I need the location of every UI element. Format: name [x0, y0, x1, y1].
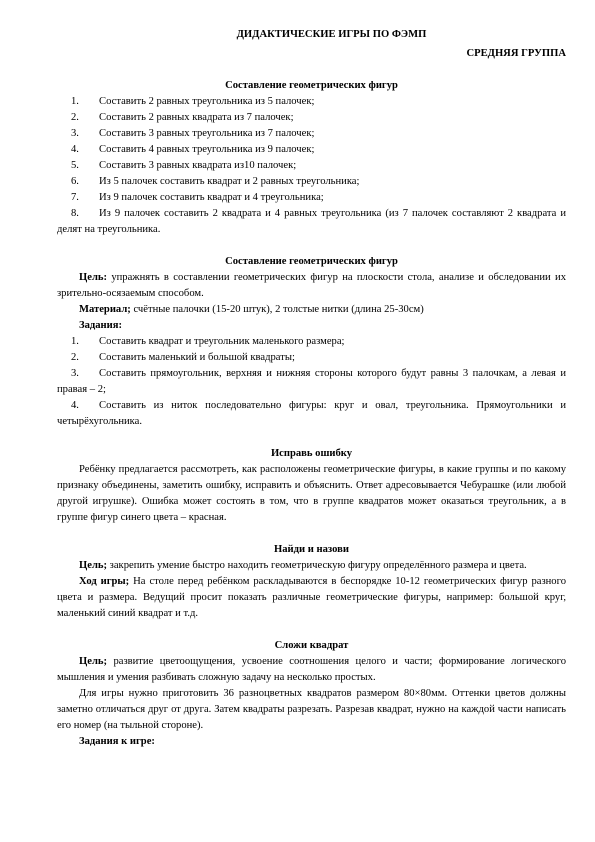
list-item: 7.Из 9 палочек составить квадрат и 4 тре…	[57, 190, 566, 206]
item-text: Составить маленький и большой квадраты;	[99, 352, 295, 363]
goal-text: закрепить умение быстро находить геометр…	[107, 560, 527, 571]
item-number: 2.	[64, 110, 99, 126]
list-item: 1.Составить 2 равных треугольника из 5 п…	[57, 94, 566, 110]
list-item: 6.Из 5 палочек составить квадрат и 2 рав…	[57, 174, 566, 190]
section-heading: Составление геометрических фигур	[57, 254, 566, 270]
item-text: Составить 3 равных треугольника из 7 пал…	[99, 128, 314, 139]
document-title: ДИДАКТИЧЕСКИЕ ИГРЫ ПО ФЭМП	[57, 27, 566, 43]
item-text: Составить 2 равных квадрата из 7 палочек…	[99, 112, 294, 123]
list-item: 2.Составить 2 равных квадрата из 7 палоч…	[57, 110, 566, 126]
description-paragraph: Ребёнку предлагается рассмотреть, как ра…	[57, 462, 566, 526]
group-label: СРЕДНЯЯ ГРУППА	[57, 46, 566, 62]
goal-label: Цель;	[79, 656, 107, 667]
goal-paragraph: Цель: упражнять в составлении геометриче…	[57, 270, 566, 302]
course-text: На столе перед ребёнком раскладываются в…	[57, 576, 566, 619]
item-number: 2.	[64, 350, 99, 366]
tasks-label: Задания к игре:	[57, 734, 566, 750]
goal-label: Цель;	[79, 560, 107, 571]
item-number: 3.	[64, 366, 99, 382]
list-item: 8.Из 9 палочек составить 2 квадрата и 4 …	[57, 206, 566, 238]
item-number: 1.	[64, 334, 99, 350]
goal-paragraph: Цель; развитие цветоощущения, усвоение с…	[57, 654, 566, 686]
item-number: 6.	[64, 174, 99, 190]
item-text: Составить 2 равных треугольника из 5 пал…	[99, 96, 314, 107]
item-number: 1.	[64, 94, 99, 110]
section-compose-figures-1: Составление геометрических фигур 1.Соста…	[57, 78, 566, 238]
list-item: 1.Составить квадрат и треугольник малень…	[57, 334, 566, 350]
item-number: 5.	[64, 158, 99, 174]
item-text: Составить квадрат и треугольник маленько…	[99, 336, 345, 347]
material-text: счётные палочки (15-20 штук), 2 толстые …	[131, 304, 424, 315]
section-heading: Исправь ошибку	[57, 446, 566, 462]
course-label: Ход игры;	[79, 576, 129, 587]
task-list: 1.Составить квадрат и треугольник малень…	[57, 334, 566, 430]
section-fix-mistake: Исправь ошибку Ребёнку предлагается расс…	[57, 446, 566, 526]
document-page: ДИДАКТИЧЕСКИЕ ИГРЫ ПО ФЭМП СРЕДНЯЯ ГРУПП…	[57, 27, 566, 750]
section-heading: Составление геометрических фигур	[57, 78, 566, 94]
prep-paragraph: Для игры нужно приготовить 36 разноцветн…	[57, 686, 566, 734]
task-list: 1.Составить 2 равных треугольника из 5 п…	[57, 94, 566, 238]
list-item: 3.Составить 3 равных треугольника из 7 п…	[57, 126, 566, 142]
item-text: Из 9 палочек составить 2 квадрата и 4 ра…	[57, 208, 566, 235]
list-item: 5.Составить 3 равных квадрата из10 палоч…	[57, 158, 566, 174]
item-number: 3.	[64, 126, 99, 142]
item-text: Составить 3 равных квадрата из10 палочек…	[99, 160, 296, 171]
item-number: 7.	[64, 190, 99, 206]
item-text: Составить из ниток последовательно фигур…	[57, 400, 566, 427]
item-number: 4.	[64, 142, 99, 158]
item-text: Из 5 палочек составить квадрат и 2 равны…	[99, 176, 359, 187]
course-paragraph: Ход игры; На столе перед ребёнком раскла…	[57, 574, 566, 622]
item-text: Составить прямоугольник, верхняя и нижня…	[57, 368, 566, 395]
section-heading: Сложи квадрат	[57, 638, 566, 654]
section-heading: Найди и назови	[57, 542, 566, 558]
item-number: 8.	[64, 206, 99, 222]
tasks-label: Задания:	[57, 318, 566, 334]
goal-paragraph: Цель; закрепить умение быстро находить г…	[57, 558, 566, 574]
goal-text: упражнять в составлении геометрических ф…	[57, 272, 566, 299]
list-item: 4.Составить из ниток последовательно фиг…	[57, 398, 566, 430]
list-item: 4.Составить 4 равных треугольника из 9 п…	[57, 142, 566, 158]
goal-text: развитие цветоощущения, усвоение соотнош…	[57, 656, 566, 683]
material-paragraph: Материал; счётные палочки (15-20 штук), …	[57, 302, 566, 318]
goal-label: Цель:	[79, 272, 107, 283]
section-fold-square: Сложи квадрат Цель; развитие цветоощущен…	[57, 638, 566, 750]
material-label: Материал;	[79, 304, 131, 315]
item-text: Из 9 палочек составить квадрат и 4 треуг…	[99, 192, 324, 203]
item-text: Составить 4 равных треугольника из 9 пал…	[99, 144, 314, 155]
list-item: 2.Составить маленький и большой квадраты…	[57, 350, 566, 366]
list-item: 3.Составить прямоугольник, верхняя и ниж…	[57, 366, 566, 398]
section-find-and-name: Найди и назови Цель; закрепить умение бы…	[57, 542, 566, 622]
section-compose-figures-2: Составление геометрических фигур Цель: у…	[57, 254, 566, 430]
item-number: 4.	[64, 398, 99, 414]
